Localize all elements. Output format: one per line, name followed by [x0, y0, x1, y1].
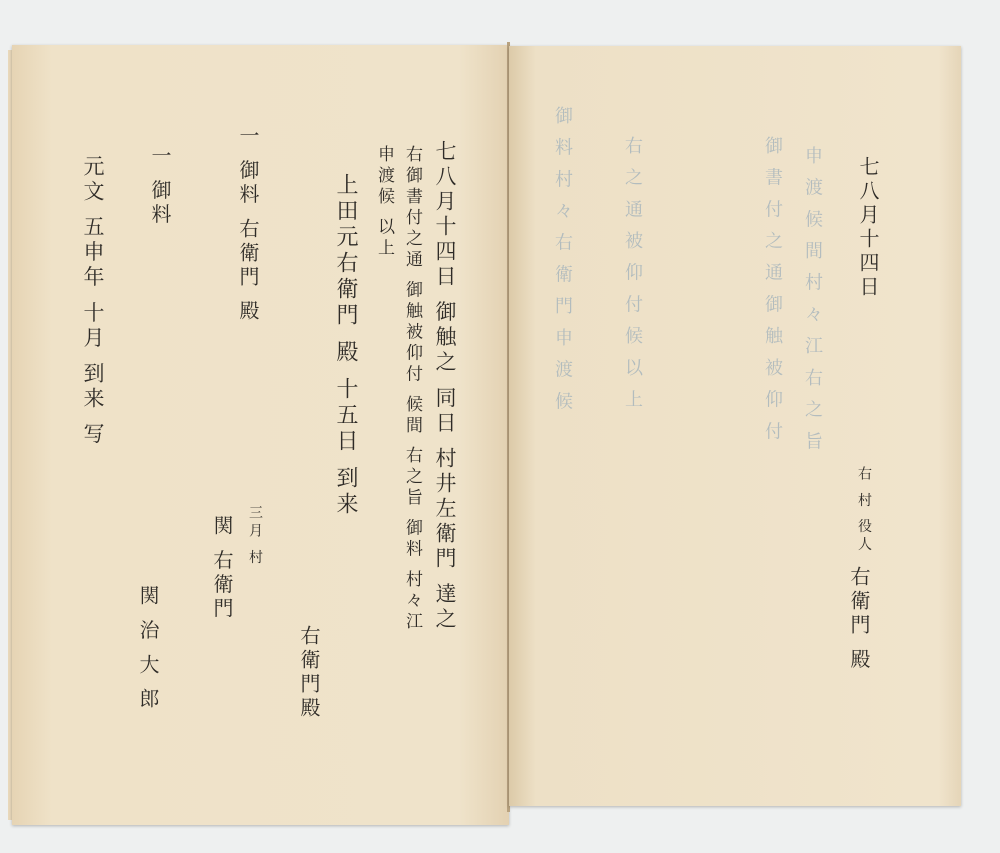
text-column: 関 右衛門	[208, 515, 237, 621]
text-column: 関 治 大 郎	[134, 585, 163, 712]
bleed-through-text: 申 渡 候 間 村 々 江 右 之 旨	[799, 146, 825, 454]
bleed-through-text: 右 之 通 被 仰 付 候 以 上	[619, 136, 645, 412]
open-book: 七八月十四日 御触之 同日 村井左衛門 達之 右御書付之通 御触被仰付 候間 右…	[12, 40, 972, 830]
bleed-through-text: 御 料 村 々 右 衛 門 申 渡 候	[549, 106, 575, 414]
right-page: 七八月十四日 右 村 役人 右衛門 殿 御 料 村 々 右 衛 門 申 渡 候 …	[509, 46, 961, 806]
text-column: 右衛門殿	[295, 625, 324, 721]
bleed-through-text: 御 書 付 之 通 御 触 被 仰 付	[759, 136, 785, 444]
text-column: 七八月十四日	[854, 156, 883, 300]
text-column: 右 村 役人	[854, 466, 874, 555]
text-column: 申渡候 以上	[372, 145, 397, 259]
text-column: 右御書付之通 御触被仰付 候間 右之旨 御料 村々江	[400, 145, 425, 633]
text-column: 三月 村	[245, 505, 265, 567]
text-column: 一 御料	[146, 145, 175, 227]
text-column: 右衛門 殿	[845, 566, 874, 672]
left-page: 七八月十四日 御触之 同日 村井左衛門 達之 右御書付之通 御触被仰付 候間 右…	[12, 45, 509, 825]
text-column: 七八月十四日 御触之 同日 村井左衛門 達之	[430, 140, 460, 633]
text-column: 一 御料 右衛門 殿	[234, 125, 263, 324]
text-column: 上田元右衛門 殿 十五日 到来	[330, 173, 361, 518]
text-column: 元文 五申年 十月 到来 写	[78, 155, 108, 448]
